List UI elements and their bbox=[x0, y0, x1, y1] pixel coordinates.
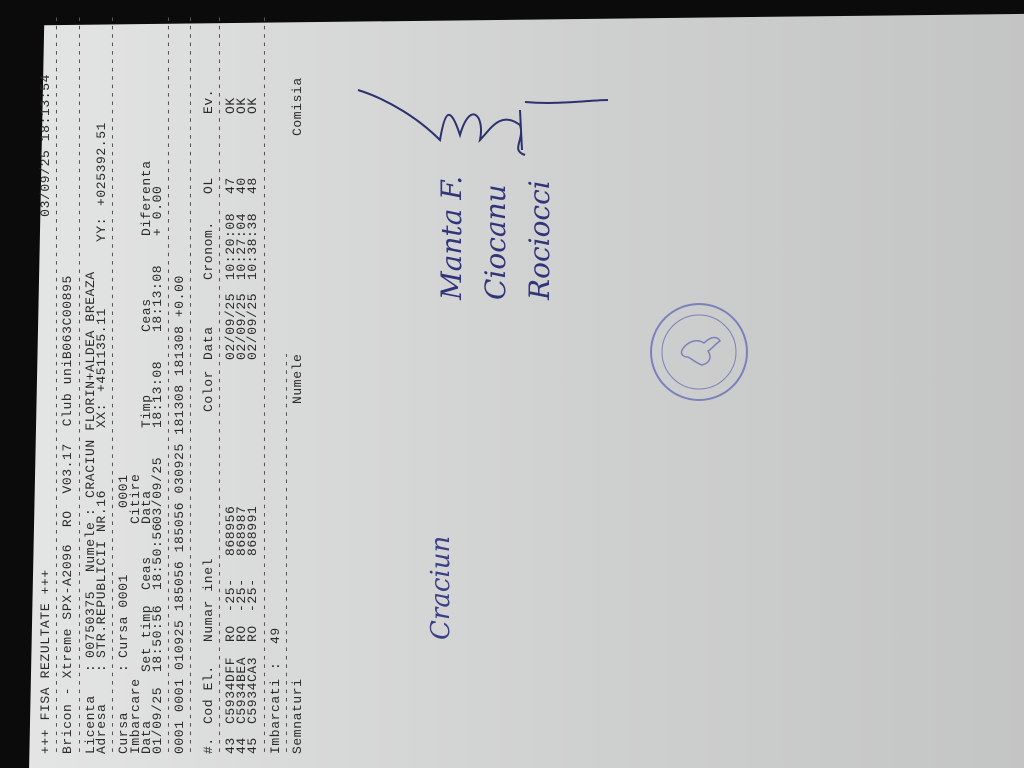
semnaturi-row: Semnaturi Numele Comisia bbox=[292, 14, 303, 754]
cursa-value: Cursa 0001 bbox=[118, 508, 129, 658]
comisia-signatures: Manta F. Ciocanu Rociocci bbox=[430, 176, 562, 300]
semnaturi-label: Semnaturi bbox=[292, 404, 303, 754]
th-ev: Ev. bbox=[203, 89, 214, 114]
stamp-ring-icon bbox=[652, 305, 746, 399]
semnaturi-comisia: Comisia bbox=[292, 77, 303, 136]
cell-cod: C5934CA3 bbox=[247, 642, 258, 724]
cell-color bbox=[236, 360, 247, 412]
th-ol: OL bbox=[203, 114, 214, 194]
comisia-name: Manta F. bbox=[430, 176, 474, 300]
signature-scribble-icon bbox=[350, 80, 620, 160]
th-cronom: Cronom. bbox=[203, 194, 214, 280]
cell-an: -25- bbox=[247, 556, 258, 612]
cell-no: 45 bbox=[247, 724, 258, 754]
divider: ----------------------------------------… bbox=[214, 14, 225, 754]
th-number: #. bbox=[203, 724, 214, 754]
cell-cronom: 10:38:38 bbox=[247, 194, 258, 280]
adresa-value: STR.REPUBLICII NR.16 bbox=[96, 428, 107, 658]
results-printout: +++ FISA REZULTATE +++ 03/09/25 18:13:54… bbox=[40, 14, 370, 754]
diferenta-value: + 0.00 bbox=[152, 186, 163, 236]
pigeon-icon bbox=[681, 338, 720, 366]
cell-color bbox=[225, 360, 236, 412]
cell-ev: OK bbox=[247, 97, 258, 114]
club-stamp bbox=[650, 303, 748, 401]
th-cod-el: Cod El. bbox=[203, 642, 214, 724]
semnaturi-numele: Numele bbox=[292, 136, 303, 404]
cell-tara: RO bbox=[247, 612, 258, 642]
owner-signature: Craciun bbox=[426, 536, 456, 640]
th-numar-inel: Numar inel bbox=[203, 412, 214, 642]
imbarcati-value: 49 bbox=[270, 627, 281, 644]
cursa-row: Cursa : Cursa 0001 0001 bbox=[118, 14, 129, 754]
cell-ol: 48 bbox=[247, 114, 258, 194]
citire-date: 03/09/25 bbox=[152, 428, 163, 524]
xx-value: +451135.11 bbox=[96, 242, 107, 392]
timing-values-row: 01/09/25 18:50:56 18:50:56 03/09/25 18:1… bbox=[152, 14, 163, 754]
code-line: 0001 0001 010925 185056 185056 030925 18… bbox=[174, 14, 185, 754]
table-header: #. Cod El. Numar inel Color Data Cronom.… bbox=[203, 14, 214, 754]
th-color: Color bbox=[203, 360, 214, 412]
th-data: Data bbox=[203, 280, 214, 360]
xx-label: XX: bbox=[96, 392, 107, 428]
comisia-name: Ciocanu bbox=[474, 176, 518, 300]
imbarcati-row: Imbarcati : 49 bbox=[270, 14, 281, 754]
document-title: +++ FISA REZULTATE +++ bbox=[40, 274, 51, 754]
yy-value: +025392.51 bbox=[96, 122, 107, 206]
ceas-value: 18:50:56 bbox=[152, 524, 163, 590]
header-row: +++ FISA REZULTATE +++ 03/09/25 18:13:54 bbox=[40, 14, 51, 754]
printed-timestamp: 03/09/25 18:13:54 bbox=[40, 74, 51, 274]
adresa-row: Adresa : STR.REPUBLICII NR.16 XX: +45113… bbox=[96, 14, 107, 754]
divider: ----------------------------------------… bbox=[185, 14, 196, 754]
imbarcati-label: Imbarcati : bbox=[270, 644, 281, 754]
table-row: 44 C5934BEA RO -25- 868987 02/09/25 10:2… bbox=[236, 14, 247, 754]
comisia-name: Rociocci bbox=[518, 176, 562, 300]
system-line: Bricon - Xtreme SPX-A2096 RO V03.17 Club… bbox=[62, 14, 73, 754]
cell-color bbox=[247, 360, 258, 412]
yy-label: YY: bbox=[96, 206, 107, 242]
table-row: 45 C5934CA3 RO -25- 868991 02/09/25 10:3… bbox=[247, 14, 258, 754]
ceas-2-value: 18:13:08 bbox=[152, 236, 163, 332]
imbarcare-date: 01/09/25 bbox=[152, 672, 163, 754]
timp-value: 18:13:08 bbox=[152, 332, 163, 428]
table-row: 43 C5934DFF RO -25- 868956 02/09/25 10:2… bbox=[225, 14, 236, 754]
cell-inel: 868991 bbox=[247, 412, 258, 556]
set-timp-value: 18:50:56 bbox=[152, 590, 163, 672]
adresa-label: Adresa bbox=[96, 672, 107, 754]
cell-data: 02/09/25 bbox=[247, 280, 258, 360]
